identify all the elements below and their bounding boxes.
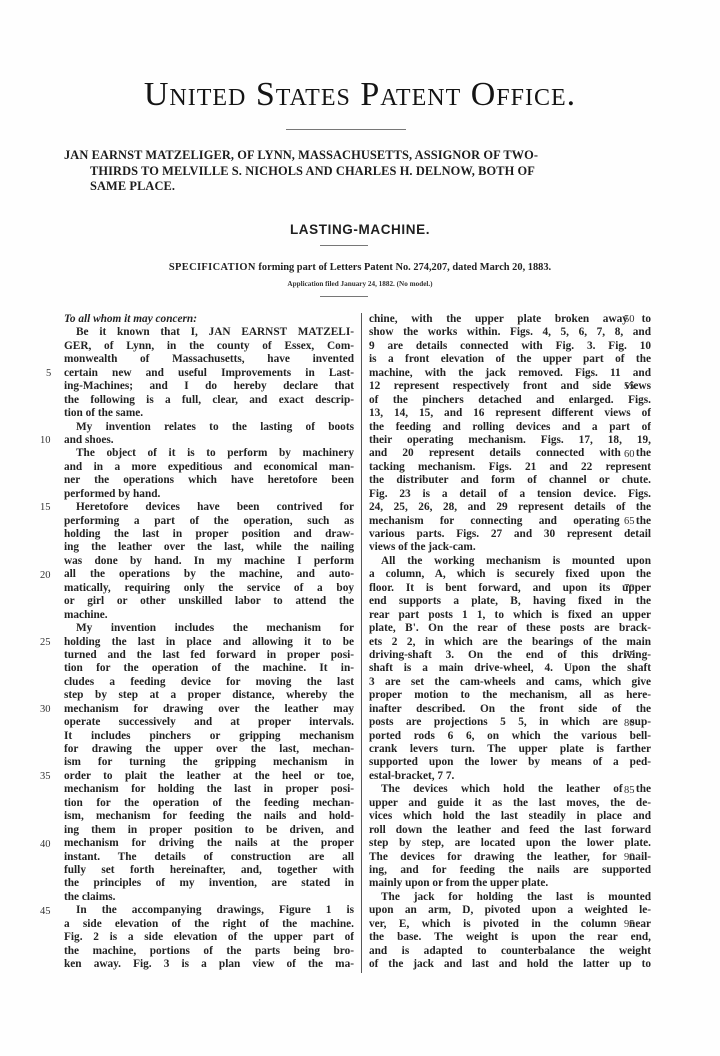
text-line: was done by hand. In my machine I perfor… (64, 555, 354, 568)
line-number: 80 (624, 718, 635, 729)
text-line: To all whom it may concern: (64, 313, 354, 326)
office-title: United States Patent Office. (0, 76, 720, 114)
line-number: 50 (624, 314, 635, 325)
text-line: mechanism for holding the last in proper… (64, 783, 354, 796)
text-line: inafter described. On the front side of … (369, 703, 651, 716)
text-line: all the operations by the machine, and a… (64, 568, 354, 581)
text-line: their operating mechanism. Figs. 17, 18,… (369, 434, 651, 447)
line-number: 20 (40, 570, 51, 581)
text-line: 13, 14, 15, and 16 represent different v… (369, 407, 651, 420)
text-line: The object of it is to perform by machin… (64, 447, 354, 460)
text-line: show the works within. Figs. 4, 5, 6, 7,… (369, 326, 651, 339)
patent-page: United States Patent Office. JAN EARNST … (0, 0, 720, 1056)
text-line: tacking mechanism. Figs. 21 and 22 repre… (369, 461, 651, 474)
text-line: The devices which hold the leather of th… (369, 783, 651, 796)
text-line: proper motion to the mechanism, all as h… (369, 689, 651, 702)
text-line: supported upon the lower by means of a p… (369, 756, 651, 769)
text-line: views of the jack-cam. (369, 541, 651, 554)
text-line: ism for turning the gripping mechanism i… (64, 756, 354, 769)
text-line: estal-bracket, 7 7. (369, 770, 651, 783)
text-line: Be it known that I, JAN EARNST MATZELI- (64, 326, 354, 339)
text-line: cludes a feeding device for moving the l… (64, 676, 354, 689)
text-line: holding the last in proper position and … (64, 528, 354, 541)
text-line: roll down the leather and feed the last … (369, 824, 651, 837)
text-line: Fig. 23 is a detail of a tension device.… (369, 488, 651, 501)
line-number: 70 (624, 583, 635, 594)
text-line: mechanism for driving the nails at the p… (64, 837, 354, 850)
text-line: the claims. (64, 891, 354, 904)
text-line: vices which hold the last steadily in pl… (369, 810, 651, 823)
line-number: 35 (40, 771, 51, 782)
text-line: The devices for drawing the leather, for… (369, 851, 651, 864)
text-line: and is adapted to counterbalance the wei… (369, 945, 651, 958)
text-line: step by step, are located upon the lower… (369, 837, 651, 850)
column-divider (361, 313, 362, 973)
text-line: My invention relates to the lasting of b… (64, 421, 354, 434)
text-line: posts are projections 5 5, in which are … (369, 716, 651, 729)
line-number: 5 (46, 368, 51, 379)
text-line: and shoes. (64, 434, 354, 447)
text-line: the machine, portions of the parts being… (64, 945, 354, 958)
line-number: 55 (624, 381, 635, 392)
invention-title: LASTING-MACHINE. (0, 222, 720, 237)
line-number: 95 (624, 919, 635, 930)
text-line: a side elevation of the right of the mac… (64, 918, 354, 931)
text-line: ing-Machines; and I do hereby declare th… (64, 380, 354, 393)
text-line: 9 are details connected with Fig. 3. Fig… (369, 340, 651, 353)
text-line: Heretofore devices have been contrived f… (64, 501, 354, 514)
text-line: ing, and for feeding the nails are suppo… (369, 864, 651, 877)
text-line: My invention includes the mechanism for (64, 622, 354, 635)
text-line: It includes pinchers or gripping mechani… (64, 730, 354, 743)
text-line: of the pinchers detached and enlarged. F… (369, 394, 651, 407)
text-line: ets 2 2, in which are the bearings of th… (369, 636, 651, 649)
text-line: or girl or other unskilled labor to atte… (64, 595, 354, 608)
text-line: is a front elevation of the upper part o… (369, 353, 651, 366)
text-line: various parts. Figs. 27 and 30 represent… (369, 528, 651, 541)
invention-divider (320, 245, 368, 246)
text-line: GER, of Lynn, in the county of Essex, Co… (64, 340, 354, 353)
line-number: 45 (40, 906, 51, 917)
text-line: chine, with the upper plate broken away … (369, 313, 651, 326)
text-line: mechanism for drawing over the leather m… (64, 703, 354, 716)
text-line: order to plait the leather at the heel o… (64, 770, 354, 783)
text-line: for drawing the upper over the last, mec… (64, 743, 354, 756)
left-column: To all whom it may concern:Be it known t… (64, 313, 354, 971)
text-line: upper and guide it as the last moves, th… (369, 797, 651, 810)
line-number: 10 (40, 435, 51, 446)
text-line: tion for the operation of the feeding me… (64, 797, 354, 810)
inventor-block: JAN EARNST MATZELIGER, OF LYNN, MASSACHU… (64, 148, 634, 195)
text-line: ner the operations which have heretofore… (64, 474, 354, 487)
text-line: crank levers turn. The upper plate is fa… (369, 743, 651, 756)
text-line: a column, A, which is securely fixed upo… (369, 568, 651, 581)
text-line: machine, with the jack removed. Figs. 11… (369, 367, 651, 380)
line-number: 60 (624, 449, 635, 460)
text-line: In the accompanying drawings, Figure 1 i… (64, 904, 354, 917)
inventor-line: THIRDS TO MELVILLE S. NICHOLS AND CHARLE… (64, 164, 634, 180)
text-line: end supports a plate, B, having fixed in… (369, 595, 651, 608)
text-line: step by step at a proper distance, where… (64, 689, 354, 702)
application-line: Application filed January 24, 1882. (No … (0, 280, 720, 288)
text-line: holding the last in place and allowing i… (64, 636, 354, 649)
spec-divider (320, 296, 368, 297)
line-number: 30 (40, 704, 51, 715)
text-line: rear part posts 1 1, to which is fixed a… (369, 609, 651, 622)
text-line: machine. (64, 609, 354, 622)
text-line: mechanism for connecting and operating t… (369, 515, 651, 528)
text-line: operate successively and at proper inter… (64, 716, 354, 729)
text-line: ing the leather over the last, while the… (64, 541, 354, 554)
text-line: certain new and useful Improvements in L… (64, 367, 354, 380)
text-line: the principles of my invention, are stat… (64, 877, 354, 890)
text-line: the base. The weight is upon the rear en… (369, 931, 651, 944)
text-line: Fig. 2 is a side elevation of the upper … (64, 931, 354, 944)
text-line: ported rods 6 6, on which the various be… (369, 730, 651, 743)
text-line: monwealth of Massachusetts, have invente… (64, 353, 354, 366)
text-line: mainly upon or from the upper plate. (369, 877, 651, 890)
text-line: plate, B'. On the rear of these posts ar… (369, 622, 651, 635)
text-line: of the jack and last and hold the latter… (369, 958, 651, 971)
text-line: 12 represent respectively front and side… (369, 380, 651, 393)
text-line: shaft is a main drive-wheel, 4. Upon the… (369, 662, 651, 675)
text-line: fully set forth hereinafter, and, togeth… (64, 864, 354, 877)
specification-keyword: SPECIFICATION (169, 262, 256, 273)
text-line: tion of the same. (64, 407, 354, 420)
line-number: 40 (40, 839, 51, 850)
text-line: ver, E, which is pivoted in the column n… (369, 918, 651, 931)
text-line: driving-shaft 3. On the end of this driv… (369, 649, 651, 662)
text-line: the distributer and form of channel or c… (369, 474, 651, 487)
line-number: 25 (40, 637, 51, 648)
line-number: 15 (40, 502, 51, 513)
text-line: 3 are set the cam-wheels and cams, which… (369, 676, 651, 689)
specification-text: forming part of Letters Patent No. 274,2… (256, 262, 551, 273)
text-line: performing a part of the operation, such… (64, 515, 354, 528)
text-line: tion for the operation of the machine. I… (64, 662, 354, 675)
text-line: and 20 represent details connected with … (369, 447, 651, 460)
line-number: 85 (624, 785, 635, 796)
inventor-line: JAN EARNST MATZELIGER, OF LYNN, MASSACHU… (64, 148, 634, 164)
line-number: 75 (624, 650, 635, 661)
text-line: ken away. Fig. 3 is a plan view of the m… (64, 958, 354, 971)
text-line: and in a more expeditious and economical… (64, 461, 354, 474)
inventor-line: SAME PLACE. (64, 179, 634, 195)
text-line: the feeding and rolling devices and a pa… (369, 421, 651, 434)
specification-line: SPECIFICATION forming part of Letters Pa… (0, 262, 720, 273)
text-line: the following is a full, clear, and exac… (64, 394, 354, 407)
title-divider (286, 129, 406, 130)
text-line: turned and the last fed forward in prope… (64, 649, 354, 662)
text-line: 24, 25, 26, 28, and 29 represent details… (369, 501, 651, 514)
right-column: chine, with the upper plate broken away … (369, 313, 651, 971)
text-line: ing them in proper position to be driven… (64, 824, 354, 837)
line-number: 65 (624, 516, 635, 527)
text-line: matically, requiring only the service of… (64, 582, 354, 595)
text-line: ism, mechanism for feeding the nails and… (64, 810, 354, 823)
text-line: instant. The details of construction are… (64, 851, 354, 864)
text-line: performed by hand. (64, 488, 354, 501)
text-line: upon an arm, D, pivoted upon a weighted … (369, 904, 651, 917)
text-line: The jack for holding the last is mounted (369, 891, 651, 904)
line-number: 90 (624, 852, 635, 863)
text-line: floor. It is bent forward, and upon its … (369, 582, 651, 595)
text-line: All the working mechanism is mounted upo… (369, 555, 651, 568)
